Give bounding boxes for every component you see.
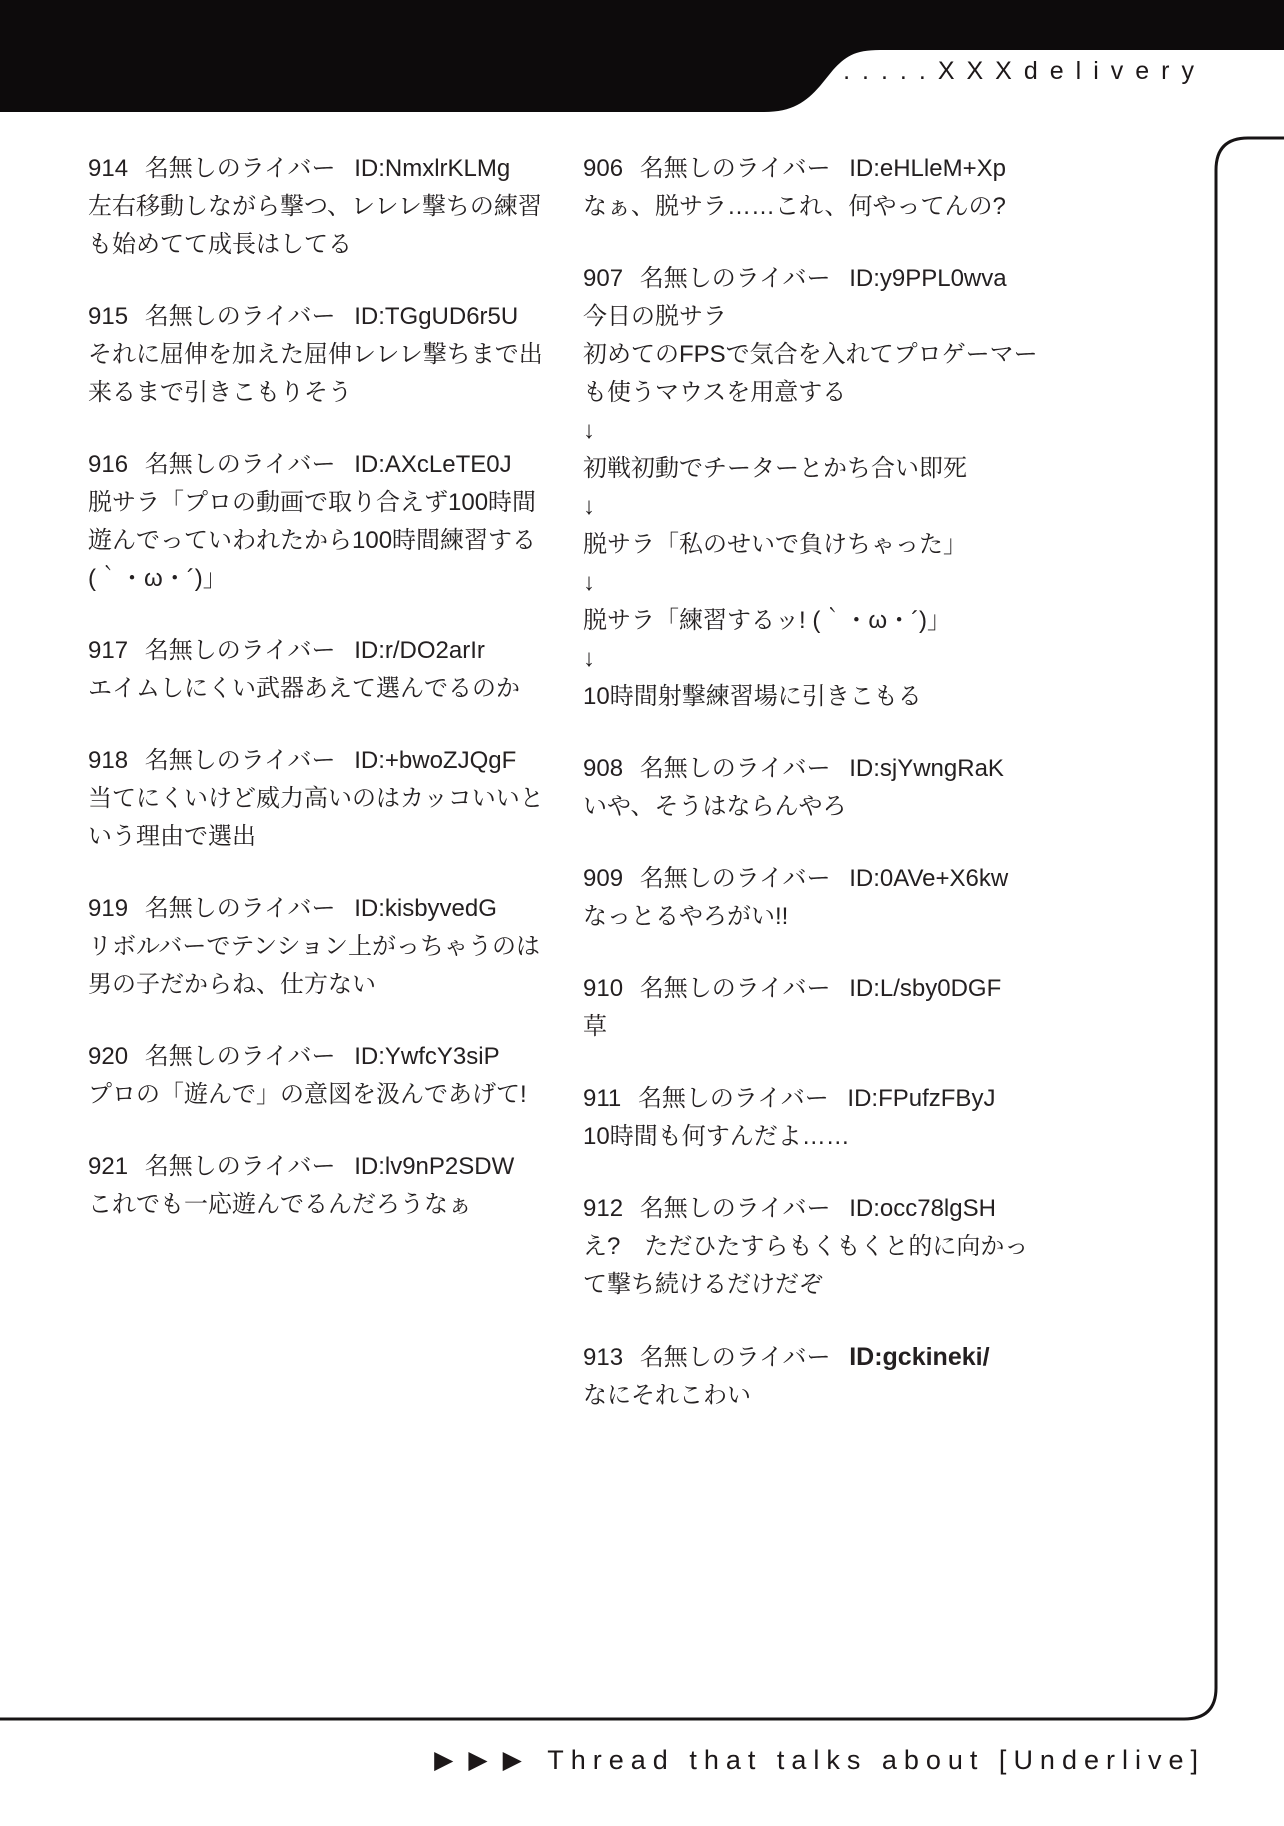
post-line: 10時間も何すんだよ…… <box>583 1118 1073 1156</box>
thread-post: 915 名無しのライバー ID:TGgUD6r5U それに屈伸を加えた屈伸レレレ… <box>88 298 578 412</box>
thread-post: 921 名無しのライバー ID:lv9nP2SDW これでも一応遊んでるんだろう… <box>88 1148 578 1224</box>
post-author: 名無しのライバー <box>145 1043 336 1070</box>
post-header: 907 名無しのライバー ID:y9PPL0wva <box>583 260 1073 298</box>
post-header: 910 名無しのライバー ID:L/sby0DGF <box>583 970 1073 1008</box>
post-id: ID:gckineki/ <box>849 1343 989 1371</box>
post-line: なっとるやろがい!! <box>583 898 1073 936</box>
post-header: 918 名無しのライバー ID:+bwoZJQgF <box>88 742 578 780</box>
thread-post: 914 名無しのライバー ID:NmxlrKLMg 左右移動しながら撃つ、レレレ… <box>88 150 578 264</box>
post-number: 919 <box>88 895 128 922</box>
post-number: 921 <box>88 1153 128 1180</box>
post-line: 左右移動しながら撃つ、レレレ撃ちの練習 <box>88 188 578 226</box>
post-author: 名無しのライバー <box>145 747 336 774</box>
arrow-down-glyph: ↓ <box>583 488 1073 526</box>
post-line: 脱サラ「プロの動画で取り合えず100時間 <box>88 484 578 522</box>
post-body: いや、そうはならんやろ <box>583 788 1073 826</box>
post-author: 名無しのライバー <box>640 755 831 782</box>
post-id: ID:sjYwngRaK <box>849 755 1004 782</box>
arrow-down-glyph: ↓ <box>583 412 1073 450</box>
thread-post: 916 名無しのライバー ID:AXcLeTE0J 脱サラ「プロの動画で取り合え… <box>88 446 578 598</box>
post-id: ID:+bwoZJQgF <box>354 747 516 774</box>
footer-title: ▶▶▶ Thread that talks about [Underlive] <box>434 1745 1205 1776</box>
thread-post: 909 名無しのライバー ID:0AVe+X6kw なっとるやろがい!! <box>583 860 1073 936</box>
post-body: エイムしにくい武器あえて選んでるのか <box>88 670 578 708</box>
thread-post: 919 名無しのライバー ID:kisbyvedG リボルバーでテンション上がっ… <box>88 890 578 1004</box>
post-number: 911 <box>583 1085 621 1112</box>
post-line: (｀・ω・´)」 <box>88 560 578 598</box>
post-number: 906 <box>583 155 623 182</box>
post-header: 913 名無しのライバー ID:gckineki/ <box>583 1338 1073 1377</box>
post-author: 名無しのライバー <box>640 155 831 182</box>
post-id: ID:TGgUD6r5U <box>354 303 518 330</box>
post-author: 名無しのライバー <box>640 1344 831 1371</box>
post-line: これでも一応遊んでるんだろうなぁ <box>88 1186 578 1224</box>
post-number: 910 <box>583 975 623 1002</box>
post-line: 今日の脱サラ <box>583 298 1073 336</box>
post-id: ID:YwfcY3siP <box>354 1043 499 1070</box>
post-line: それに屈伸を加えた屈伸レレレ撃ちまで出 <box>88 336 578 374</box>
post-author: 名無しのライバー <box>145 303 336 330</box>
post-header: 908 名無しのライバー ID:sjYwngRaK <box>583 750 1073 788</box>
post-id: ID:r/DO2arIr <box>354 637 485 664</box>
arrow-down-glyph: ↓ <box>583 564 1073 602</box>
post-line: 脱サラ「私のせいで負けちゃった」 <box>583 526 1073 564</box>
brand-logotype: .....XXXdelivery <box>843 57 1206 86</box>
post-number: 917 <box>88 637 128 664</box>
post-line: 遊んでっていわれたから100時間練習する <box>88 522 578 560</box>
post-line: 10時間射撃練習場に引きこもる <box>583 678 1073 716</box>
post-line: え? ただひたすらもくもくと的に向かっ <box>583 1228 1073 1266</box>
post-line: プロの「遊んで」の意図を汲んであげて! <box>88 1076 578 1114</box>
post-header: 921 名無しのライバー ID:lv9nP2SDW <box>88 1148 578 1186</box>
post-line: なぁ、脱サラ……これ、何やってんの? <box>583 188 1073 226</box>
post-id: ID:FPufzFByJ <box>847 1085 995 1112</box>
post-author: 名無しのライバー <box>145 1153 336 1180</box>
post-id: ID:occ78lgSH <box>849 1195 996 1222</box>
post-author: 名無しのライバー <box>638 1085 829 1112</box>
forward-arrows-icon: ▶▶▶ <box>434 1746 537 1774</box>
post-body: これでも一応遊んでるんだろうなぁ <box>88 1186 578 1224</box>
post-line: 当てにくいけど威力高いのはカッコいいと <box>88 780 578 818</box>
post-body: え? ただひたすらもくもくと的に向かって撃ち続けるだけだぞ <box>583 1228 1073 1304</box>
thread-post: 920 名無しのライバー ID:YwfcY3siP プロの「遊んで」の意図を汲ん… <box>88 1038 578 1114</box>
thread-column-right: 906 名無しのライバー ID:eHLleM+Xp なぁ、脱サラ……これ、何やっ… <box>583 150 1073 1449</box>
post-id: ID:eHLleM+Xp <box>849 155 1006 182</box>
post-number: 916 <box>88 451 128 478</box>
post-line: いう理由で選出 <box>88 818 578 856</box>
thread-post: 913 名無しのライバー ID:gckineki/ なにそれこわい <box>583 1338 1073 1415</box>
post-id: ID:L/sby0DGF <box>849 975 1001 1002</box>
post-author: 名無しのライバー <box>640 865 831 892</box>
post-line: も始めてて成長はしてる <box>88 226 578 264</box>
post-header: 909 名無しのライバー ID:0AVe+X6kw <box>583 860 1073 898</box>
post-body: 左右移動しながら撃つ、レレレ撃ちの練習も始めてて成長はしてる <box>88 188 578 264</box>
post-line: て撃ち続けるだけだぞ <box>583 1266 1073 1304</box>
post-author: 名無しのライバー <box>640 975 831 1002</box>
post-author: 名無しのライバー <box>145 451 336 478</box>
post-number: 915 <box>88 303 128 330</box>
post-line: 脱サラ「練習するッ! (｀・ω・´)」 <box>583 602 1073 640</box>
post-header: 906 名無しのライバー ID:eHLleM+Xp <box>583 150 1073 188</box>
post-number: 914 <box>88 155 128 182</box>
post-number: 913 <box>583 1344 623 1371</box>
post-id: ID:AXcLeTE0J <box>354 451 511 478</box>
post-number: 908 <box>583 755 623 782</box>
post-body: リボルバーでテンション上がっちゃうのは男の子だからね、仕方ない <box>88 928 578 1004</box>
post-number: 912 <box>583 1195 623 1222</box>
post-header: 916 名無しのライバー ID:AXcLeTE0J <box>88 446 578 484</box>
post-id: ID:0AVe+X6kw <box>849 865 1008 892</box>
post-line: 初めてのFPSで気合を入れてプロゲーマー <box>583 336 1073 374</box>
thread-post: 907 名無しのライバー ID:y9PPL0wva 今日の脱サラ初めてのFPSで… <box>583 260 1073 716</box>
post-id: ID:y9PPL0wva <box>849 265 1006 292</box>
thread-post: 910 名無しのライバー ID:L/sby0DGF 草 <box>583 970 1073 1046</box>
post-line: 来るまで引きこもりそう <box>88 374 578 412</box>
post-number: 918 <box>88 747 128 774</box>
thread-post: 912 名無しのライバー ID:occ78lgSH え? ただひたすらもくもくと… <box>583 1190 1073 1304</box>
post-header: 912 名無しのライバー ID:occ78lgSH <box>583 1190 1073 1228</box>
post-body: プロの「遊んで」の意図を汲んであげて! <box>88 1076 578 1114</box>
post-number: 909 <box>583 865 623 892</box>
header-bar-shape <box>0 0 1284 112</box>
post-body: 草 <box>583 1008 1073 1046</box>
post-body: 今日の脱サラ初めてのFPSで気合を入れてプロゲーマーも使うマウスを用意する↓初戦… <box>583 298 1073 716</box>
post-body: 10時間も何すんだよ…… <box>583 1118 1073 1156</box>
post-author: 名無しのライバー <box>145 155 336 182</box>
thread-post: 918 名無しのライバー ID:+bwoZJQgF 当てにくいけど威力高いのはカ… <box>88 742 578 856</box>
post-body: 当てにくいけど威力高いのはカッコいいという理由で選出 <box>88 780 578 856</box>
post-body: なぁ、脱サラ……これ、何やってんの? <box>583 188 1073 226</box>
post-id: ID:lv9nP2SDW <box>354 1153 514 1180</box>
post-line: なにそれこわい <box>583 1377 1073 1415</box>
thread-post: 906 名無しのライバー ID:eHLleM+Xp なぁ、脱サラ……これ、何やっ… <box>583 150 1073 226</box>
post-body: 脱サラ「プロの動画で取り合えず100時間遊んでっていわれたから100時間練習する… <box>88 484 578 598</box>
post-header: 917 名無しのライバー ID:r/DO2arIr <box>88 632 578 670</box>
post-header: 914 名無しのライバー ID:NmxlrKLMg <box>88 150 578 188</box>
post-id: ID:NmxlrKLMg <box>354 155 510 182</box>
post-line: も使うマウスを用意する <box>583 374 1073 412</box>
post-author: 名無しのライバー <box>145 895 336 922</box>
post-line: いや、そうはならんやろ <box>583 788 1073 826</box>
post-body: なっとるやろがい!! <box>583 898 1073 936</box>
post-body: それに屈伸を加えた屈伸レレレ撃ちまで出来るまで引きこもりそう <box>88 336 578 412</box>
post-header: 911 名無しのライバー ID:FPufzFByJ <box>583 1080 1073 1118</box>
post-author: 名無しのライバー <box>640 265 831 292</box>
thread-column-left: 914 名無しのライバー ID:NmxlrKLMg 左右移動しながら撃つ、レレレ… <box>88 150 578 1258</box>
post-header: 920 名無しのライバー ID:YwfcY3siP <box>88 1038 578 1076</box>
post-author: 名無しのライバー <box>145 637 336 664</box>
post-line: 初戦初動でチーターとかち合い即死 <box>583 450 1073 488</box>
thread-post: 908 名無しのライバー ID:sjYwngRaK いや、そうはならんやろ <box>583 750 1073 826</box>
post-line: エイムしにくい武器あえて選んでるのか <box>88 670 578 708</box>
post-header: 919 名無しのライバー ID:kisbyvedG <box>88 890 578 928</box>
post-body: なにそれこわい <box>583 1377 1073 1415</box>
post-line: 草 <box>583 1008 1073 1046</box>
post-author: 名無しのライバー <box>640 1195 831 1222</box>
post-id: ID:kisbyvedG <box>354 895 497 922</box>
post-number: 907 <box>583 265 623 292</box>
header-bar: .....XXXdelivery <box>0 0 1284 112</box>
thread-post: 917 名無しのライバー ID:r/DO2arIr エイムしにくい武器あえて選ん… <box>88 632 578 708</box>
post-line: 男の子だからね、仕方ない <box>88 966 578 1004</box>
post-header: 915 名無しのライバー ID:TGgUD6r5U <box>88 298 578 336</box>
post-line: リボルバーでテンション上がっちゃうのは <box>88 928 578 966</box>
arrow-down-glyph: ↓ <box>583 640 1073 678</box>
thread-post: 911 名無しのライバー ID:FPufzFByJ 10時間も何すんだよ…… <box>583 1080 1073 1156</box>
post-number: 920 <box>88 1043 128 1070</box>
footer-thread-title: Thread that talks about [Underlive] <box>547 1745 1205 1775</box>
